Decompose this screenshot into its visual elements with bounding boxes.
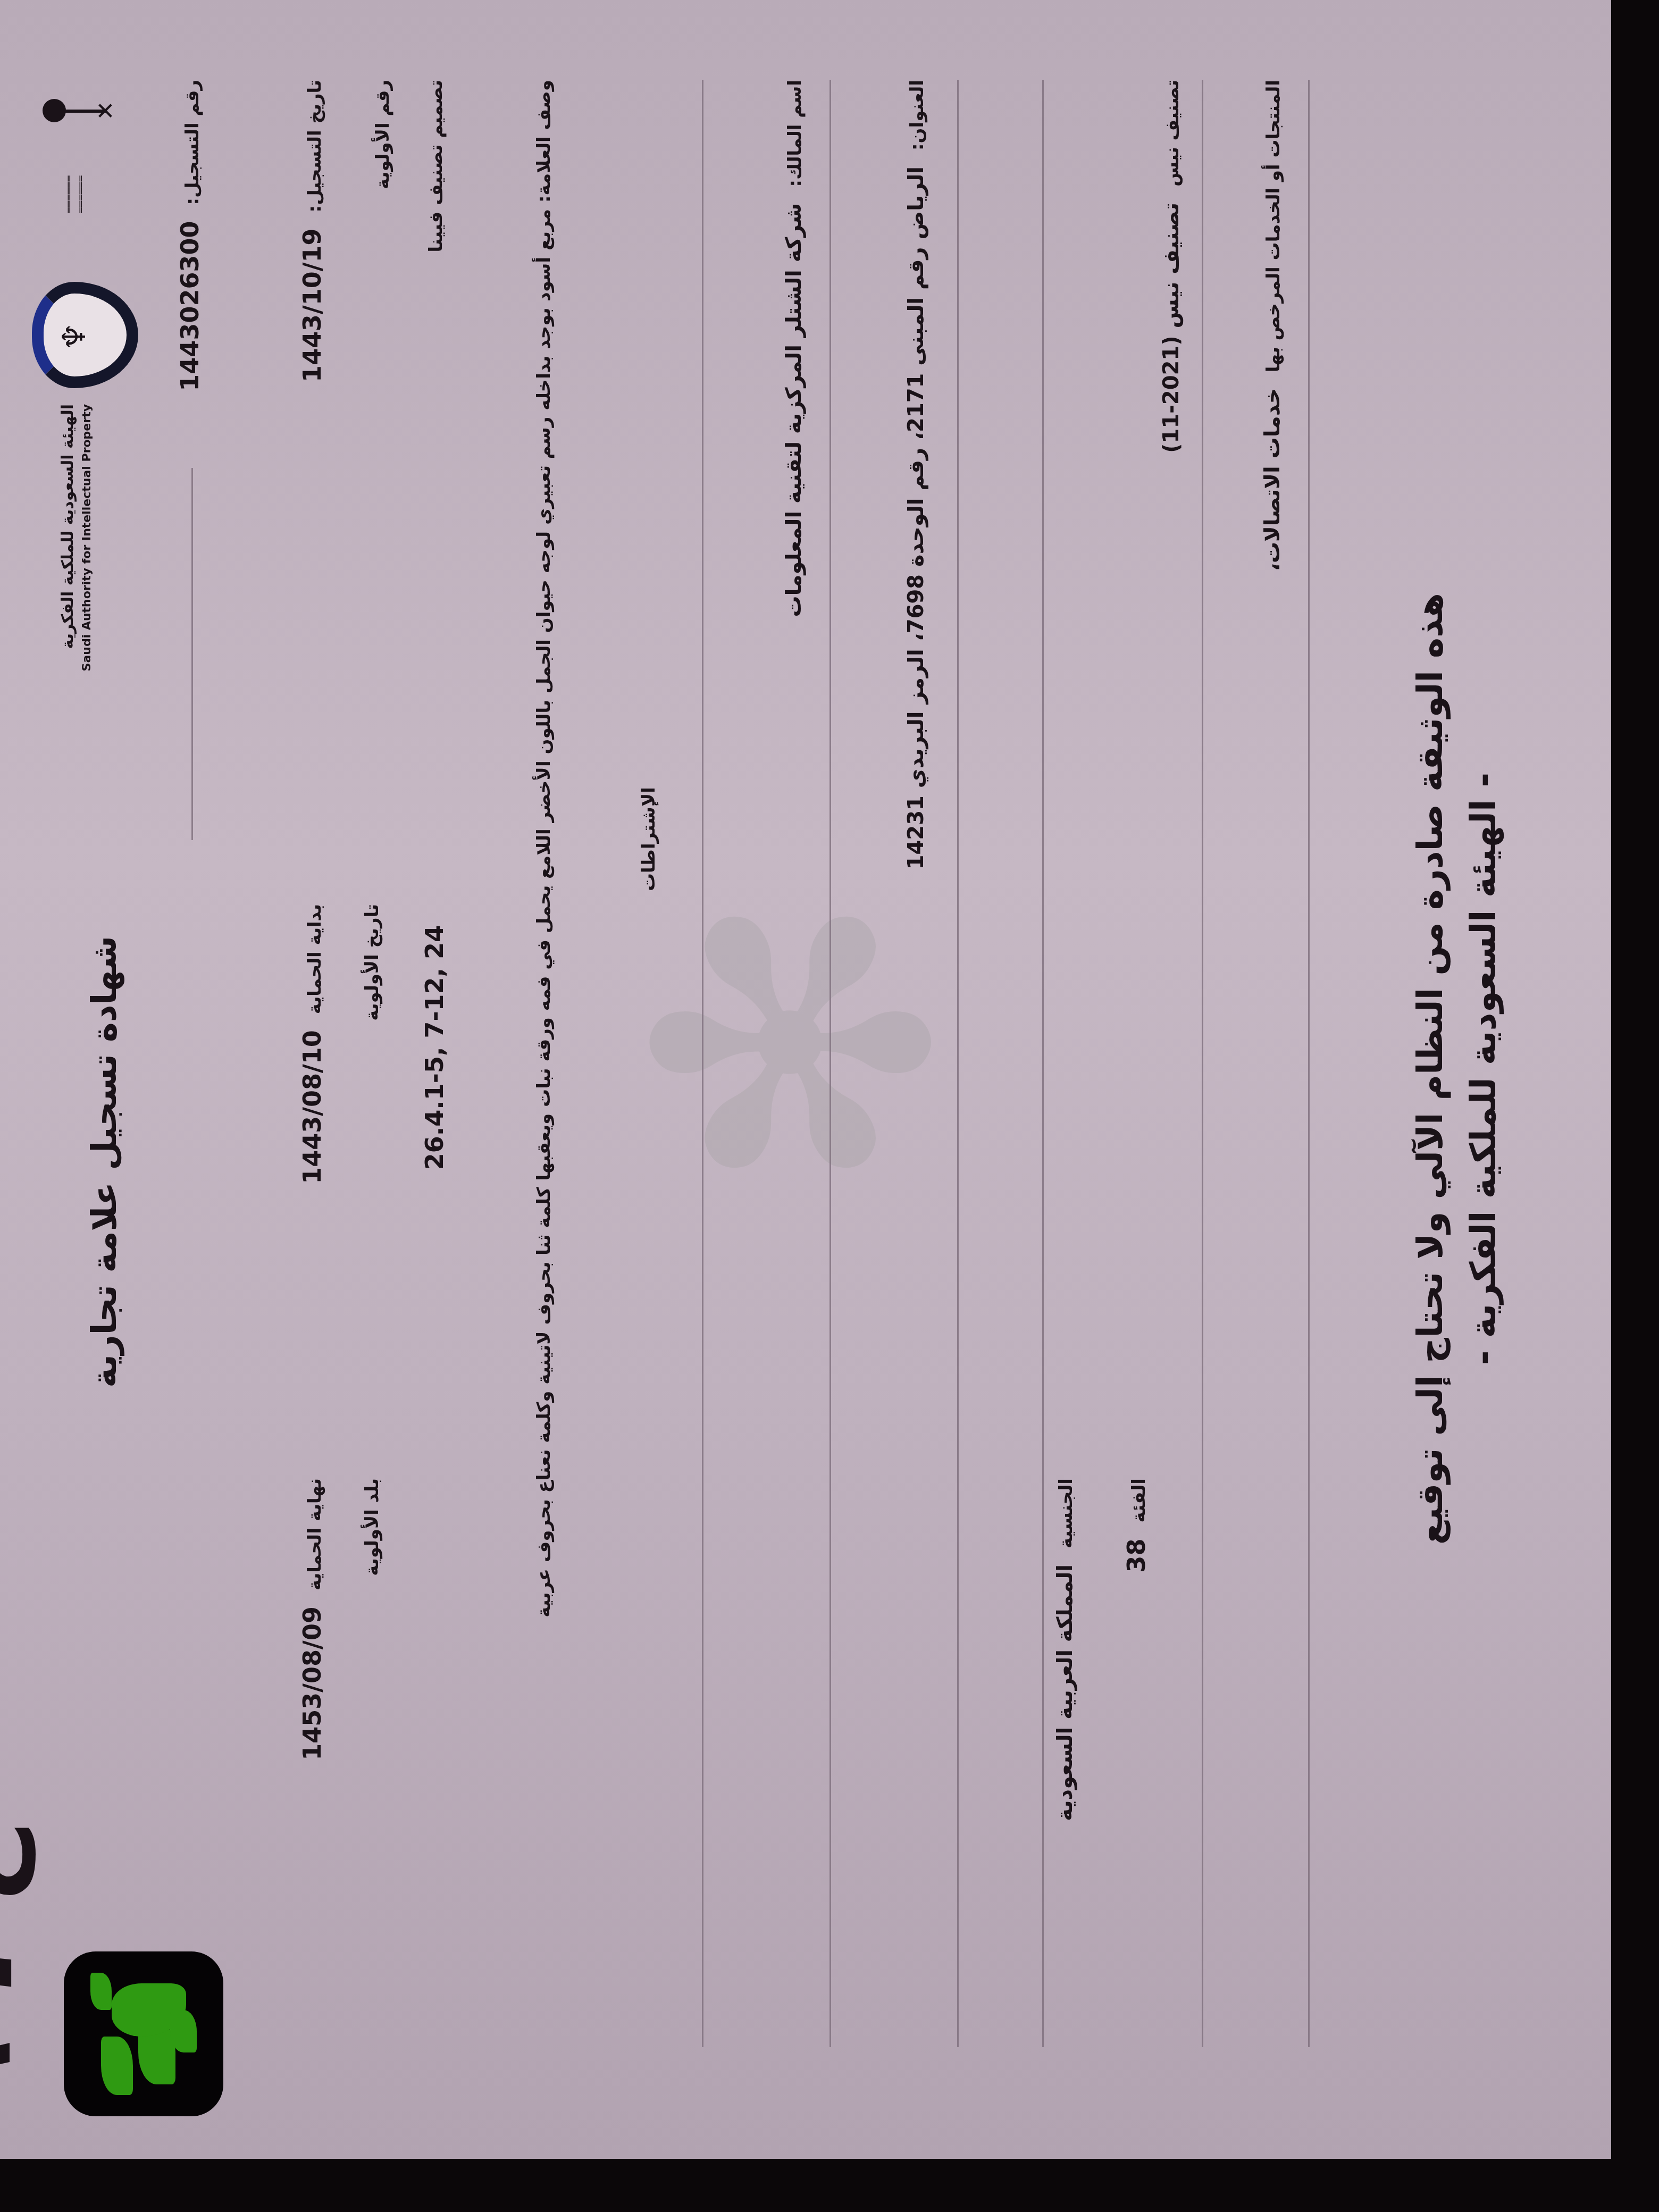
field-class: الفئة 38 — [1122, 1478, 1151, 1572]
value: 1443/10/19 — [298, 228, 326, 382]
field-priority-date: تاريخ الأولوية — [362, 904, 383, 1037]
label: العنوان: — [907, 80, 928, 150]
label: بلد الأولوية — [362, 1478, 383, 1576]
ministry-caption: ════════════ — [64, 160, 87, 229]
value: الرياض رقم المبنى 2171، رقم الوحدة 7698،… — [904, 166, 928, 869]
value: خدمات الاتصالات، — [1260, 388, 1285, 571]
field-priority-number: رقم الأولوية — [372, 80, 393, 205]
photo-bezel-bottom — [0, 2159, 1659, 2212]
photo-bezel-right — [1611, 0, 1659, 2212]
field-protection-end: نهاية الحماية 1453/08/09 — [298, 1478, 326, 1761]
field-registration-number: رقم التسجيل: 1443026300 — [175, 80, 204, 391]
value: مربع أسود بوجد بداخله رسم تعبيري لوجه حي… — [533, 209, 555, 1618]
field-vienna-value: 26.4.1-5, 7-12, 24 — [420, 925, 449, 1170]
label: الفئة — [1128, 1478, 1150, 1522]
label: تصنيف نيس — [1162, 80, 1183, 187]
label: وصف العلامة: — [533, 80, 555, 203]
label: رقم الأولوية — [372, 80, 393, 189]
value: المملكة العربية السعودية — [1053, 1564, 1077, 1821]
certificate-page: ✕ ════════════ ♆ الهيئة السعودية للملكية… — [0, 0, 1611, 2159]
divider — [1202, 80, 1203, 2047]
field-owner-name: اسم المالك: شركة الشتلر المركزية لتقنية … — [782, 80, 806, 617]
divider — [1042, 80, 1044, 2047]
footer-line-2: - الهيئة السعودية للملكية الفكرية - — [1457, 351, 1510, 1787]
value: شركة الشتلر المركزية لتقنية المعلومات — [782, 203, 806, 617]
divider — [191, 468, 193, 840]
field-priority-country: بلد الأولوية — [362, 1478, 383, 1592]
issuer-name-en: Saudi Authority for Intellectual Propert… — [78, 404, 97, 671]
field-mark-description: وصف العلامة: مربع أسود بوجد بداخله رسم ت… — [532, 80, 556, 2090]
divider — [829, 80, 831, 2047]
divider — [957, 80, 959, 2047]
label: تاريخ التسجيل: — [304, 80, 325, 212]
field-registration-date: تاريخ التسجيل: 1443/10/19 — [298, 80, 326, 382]
field-nationality: الجنسية المملكة العربية السعودية — [1053, 1478, 1077, 1821]
value: 1443026300 — [175, 221, 204, 391]
document-photo: ✕ ════════════ ♆ الهيئة السعودية للملكية… — [0, 0, 1611, 2159]
value: 1443/08/10 — [298, 1030, 326, 1184]
label: الإشتراطات — [638, 787, 659, 891]
label: اسم المالك: — [784, 80, 806, 187]
footer-line-1: هذه الوثيقة صادرة من النظام الآلي ولا تح… — [1404, 351, 1457, 1787]
field-conditions: الإشتراطات — [638, 787, 659, 907]
page-title: شهادة تسجيل علامة تجارية — [85, 936, 124, 1388]
green-camel-trademark-logo — [64, 1951, 223, 2116]
saudi-emblem-icon: ✕ — [37, 80, 149, 144]
field-protection-start: بداية الحماية 1443/08/10 — [298, 904, 326, 1184]
brand-logo-lettering: ع ۔ ٩ — [0, 1832, 27, 2106]
value: تصنيف نيس (2021-11) — [1159, 203, 1184, 453]
saip-shield-logo-icon: ♆ — [32, 276, 144, 388]
field-vienna-label: تصميم تصنيف فيينا — [425, 80, 447, 252]
label: تاريخ الأولوية — [362, 904, 383, 1021]
footer-notice: هذه الوثيقة صادرة من النظام الآلي ولا تح… — [1404, 351, 1510, 1787]
label: تصميم تصنيف فيينا — [425, 80, 447, 252]
issuer-name-ar: الهيئة السعودية للملكية الفكرية — [58, 404, 77, 649]
value: 38 — [1122, 1538, 1151, 1572]
field-nice-classification: تصنيف نيس تصنيف نيس (2021-11) — [1159, 80, 1184, 453]
field-goods-services: المنتجات أو الخدمات المرخص بها خدمات الا… — [1260, 80, 1285, 571]
label: بداية الحماية — [304, 904, 325, 1014]
label: المنتجات أو الخدمات المرخص بها — [1263, 80, 1284, 372]
label: رقم التسجيل: — [182, 80, 203, 205]
divider — [1308, 80, 1310, 2047]
value: 26.4.1-5, 7-12, 24 — [420, 925, 449, 1170]
label: نهاية الحماية — [304, 1478, 325, 1590]
value: 1453/08/09 — [298, 1606, 326, 1761]
divider — [702, 80, 703, 2047]
field-address: العنوان: الرياض رقم المبنى 2171، رقم الو… — [904, 80, 928, 869]
issuer-name: الهيئة السعودية للملكية الفكرية Saudi Au… — [58, 404, 97, 671]
label: الجنسية — [1055, 1478, 1077, 1548]
